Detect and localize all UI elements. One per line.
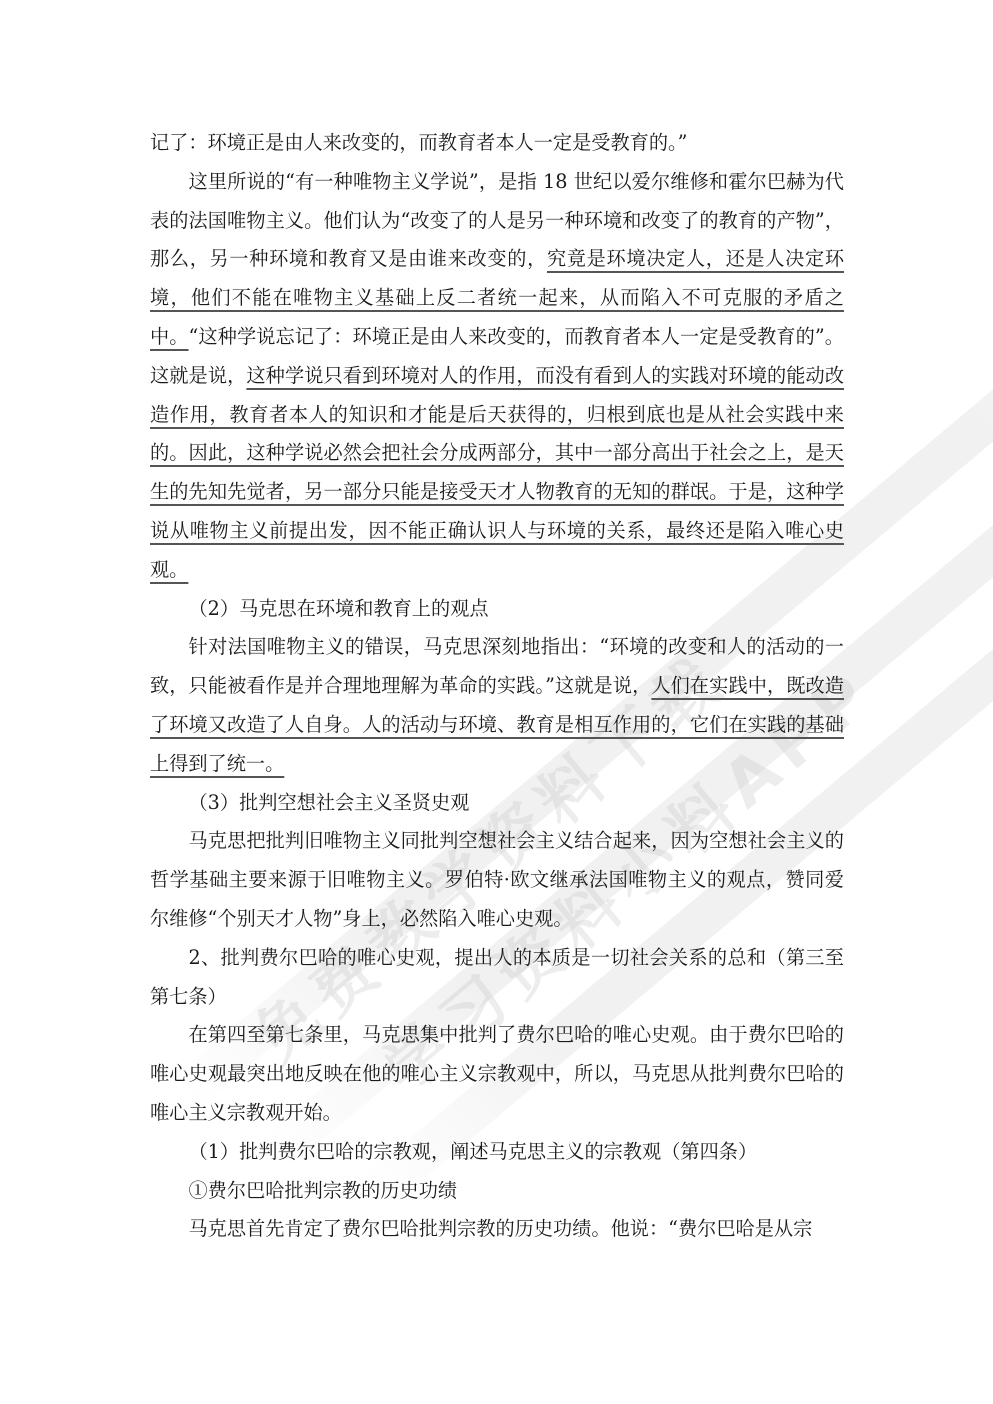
paragraph: （3）批判空想社会主义圣贤史观 — [150, 784, 844, 823]
paragraph: （1）批判费尔巴哈的宗教观，阐述马克思主义的宗教观（第四条） — [150, 1133, 844, 1172]
document-body: 记了：环境正是由人来改变的，而教育者本人一定是受教育的。”这里所说的“有一种唯物… — [150, 124, 844, 1249]
paragraph: 针对法国唯物主义的错误，马克思深刻地指出：“环境的改变和人的活动的一致，只能被看… — [150, 628, 844, 783]
paragraph: 2、批判费尔巴哈的唯心史观，提出人的本质是一切社会关系的总和（第三至第七条） — [150, 939, 844, 1017]
text-segment: 记了：环境正是由人来改变的，而教育者本人一定是受教育的。” — [150, 131, 687, 154]
text-segment: （1）批判费尔巴哈的宗教观，阐述马克思主义的宗教观（第四条） — [189, 1140, 758, 1163]
paragraph: （2）马克思在环境和教育上的观点 — [150, 590, 844, 629]
paragraph: 马克思首先肯定了费尔巴哈批判宗教的历史功绩。他说：“费尔巴哈是从宗 — [150, 1210, 844, 1249]
paragraph: 马克思把批判旧唯物主义同批判空想社会主义结合起来，因为空想社会主义的哲学基础主要… — [150, 822, 844, 938]
text-segment: （2）马克思在环境和教育上的观点 — [189, 597, 489, 620]
text-segment: 马克思把批判旧唯物主义同批判空想社会主义结合起来，因为空想社会主义的哲学基础主要… — [150, 829, 844, 930]
text-segment: 在第四至第七条里，马克思集中批判了费尔巴哈的唯心史观。由于费尔巴哈的唯心史观最突… — [150, 1023, 844, 1124]
paragraph: 记了：环境正是由人来改变的，而教育者本人一定是受教育的。” — [150, 124, 844, 163]
paragraph: 这里所说的“有一种唯物主义学说”，是指 18 世纪以爱尔维修和霍尔巴赫为代表的法… — [150, 163, 844, 590]
document-page: 免费教学资料下载 学习资料小料APP 记了：环境正是由人来改变的，而教育者本人一… — [0, 0, 993, 1404]
text-segment: （3）批判空想社会主义圣贤史观 — [189, 791, 470, 814]
text-segment: 2、批判费尔巴哈的唯心史观，提出人的本质是一切社会关系的总和（第三至第七条） — [150, 946, 844, 1008]
text-segment: 马克思首先肯定了费尔巴哈批判宗教的历史功绩。他说：“费尔巴哈是从宗 — [189, 1217, 813, 1240]
paragraph: 在第四至第七条里，马克思集中批判了费尔巴哈的唯心史观。由于费尔巴哈的唯心史观最突… — [150, 1016, 844, 1132]
underlined-text: 这种学说只看到环境对人的作用，而没有看到人的实践对环境的能动改造作用，教育者本人… — [150, 364, 844, 581]
paragraph: ①费尔巴哈批判宗教的历史功绩 — [150, 1172, 844, 1211]
text-segment: ①费尔巴哈批判宗教的历史功绩 — [189, 1179, 458, 1202]
